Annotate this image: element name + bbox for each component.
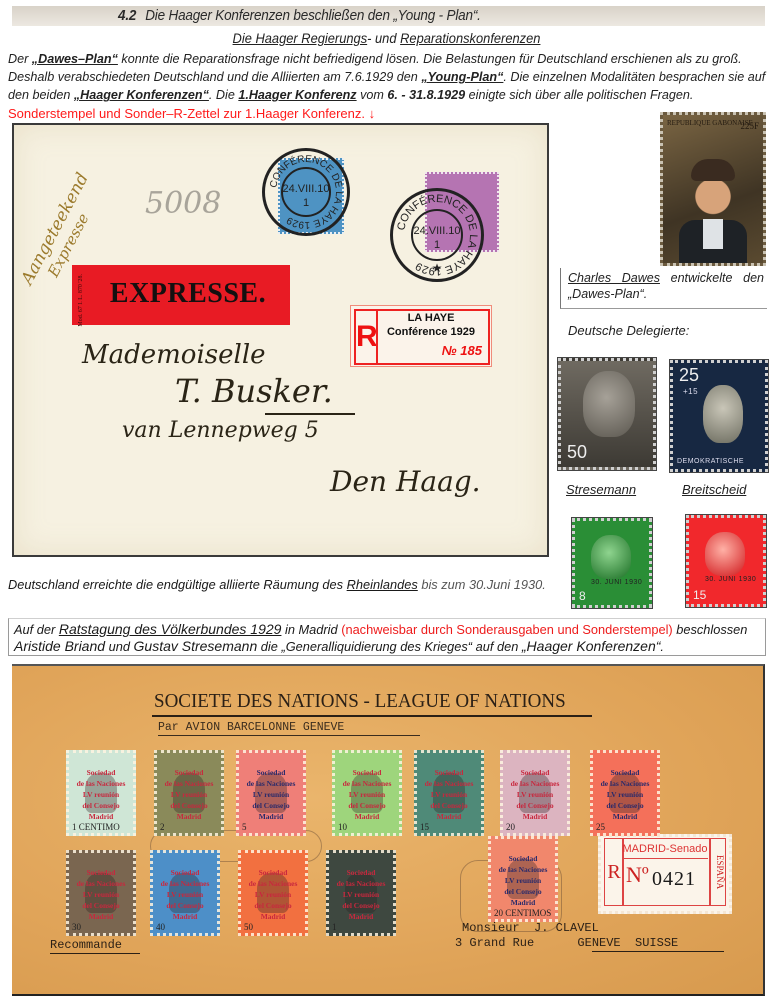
cover-route-underline [158, 735, 420, 736]
red-note: Sonderstempel und Sonder–R-Zettel zur 1.… [8, 106, 375, 121]
stamp-value: 15 [693, 588, 706, 602]
rhineland-statement: Deutschland erreichte die endgültige all… [8, 577, 546, 592]
stamp-value: 20 [506, 822, 515, 832]
delegates-heading: Deutsche Delegierte: [568, 323, 689, 338]
portrait-head [705, 532, 745, 576]
stamp-overprint: Sociedadde las NacionesLV reunióndel Con… [329, 867, 393, 922]
ratstagung-term: Ratstagung des Völkerbundes 1929 [59, 621, 282, 637]
subtitle-part2: - und [367, 30, 400, 46]
stamp-surcharge: +15 [683, 387, 698, 396]
address-underline [265, 413, 355, 415]
conference-dates: 6. - 31.8.1929 [387, 88, 465, 102]
hindenburg-overprint-stamp: 15 30. JUNI 1930 [686, 515, 766, 607]
spanish-overprint-stamp: Sociedadde las NacionesLV reunióndel Con… [500, 750, 570, 836]
stamp-value: 2 [160, 822, 165, 832]
stamp-value: 40 [156, 922, 165, 932]
registration-no-label: Nº [626, 862, 649, 888]
spanish-overprint-stamp: Sociedadde las NacionesLV reunióndel Con… [150, 850, 220, 936]
express-label-small-print: Mod. 67 I. L. 870 '28. [78, 274, 85, 327]
stamp-overprint: Sociedadde las NacionesLV reunióndel Con… [335, 767, 399, 822]
address-line: Mademoiselle [82, 340, 266, 370]
registration-conference: Conférence 1929 [376, 326, 486, 338]
stamp-value: 225F [740, 121, 759, 131]
spanish-overprint-stamp: Sociedadde las NacionesLV reunióndel Con… [236, 750, 306, 836]
dawes-stamp: REPUBLIQUE GABONAISE 225F [660, 112, 766, 266]
star-icon: ★ [393, 261, 481, 275]
postmark-date: 24.VIII.10 [265, 183, 347, 195]
stamp-value: 8 [579, 589, 586, 603]
stamp-value: 25 [679, 365, 699, 386]
address-line: van Lennepweg 5 [122, 418, 319, 443]
intro-text: . Die [209, 88, 238, 102]
stamp-overprint: Sociedadde las NacionesLV reunióndel Con… [417, 767, 481, 822]
stresemann-stamp: 50 [558, 358, 656, 470]
address-line: Den Haag. [330, 465, 481, 498]
breitscheid-caption: Breitscheid [682, 482, 746, 497]
registration-number: 0421 [652, 868, 696, 891]
spanish-overprint-stamp: Sociedadde las NacionesLV reunióndel Con… [326, 850, 396, 936]
stamp-overprint: Sociedadde las NacionesLV reunióndel Con… [241, 867, 305, 922]
spanish-overprint-stamp: Sociedadde las NacionesLV reunióndel Con… [238, 850, 308, 936]
intro-text: einigte sich über alle politischen Frage… [465, 88, 693, 102]
portrait-collar [703, 219, 723, 249]
section-title: 4.2 Die Haager Konferenzen beschließen d… [118, 7, 481, 24]
section-number: 4.2 [118, 7, 136, 24]
page-subtitle: Die Haager Regierungs- und Reparationsko… [31, 30, 742, 46]
section-title-text: Die Haager Konferenzen beschließen den „… [145, 7, 481, 24]
subtitle-part1: Die Haager Regierungs [233, 30, 368, 46]
spanish-overprint-stamp: Sociedadde las NacionesLV reunióndel Con… [66, 750, 136, 836]
cover-title: SOCIETE DES NATIONS - LEAGUE OF NATIONS [154, 690, 566, 713]
stamp-value: 50 [244, 922, 253, 932]
registration-number: № 185 [420, 343, 482, 358]
stamp-value: 1 CENTIMO [72, 822, 120, 832]
intro-text: vom [357, 88, 388, 102]
conference-postmark: CONFÉRENCE DE LA HAYE 1929 24.VIII.10 1 [262, 148, 350, 236]
note-text: in Madrid [281, 622, 341, 637]
portrait-head [591, 535, 631, 579]
briand-name: Aristide Briand [14, 638, 105, 654]
registration-city: LA HAYE [376, 312, 486, 324]
registration-city: MADRID-Senado [622, 843, 708, 859]
haager-term: „Haager Konferenzen“ [74, 88, 209, 102]
stamp-overprint: Sociedadde las NacionesLV reunióndel Con… [593, 767, 657, 822]
ebert-overprint-stamp: 8 30. JUNI 1930 [572, 518, 652, 608]
intro-text: Der [8, 52, 32, 66]
stamp-overprint: Sociedadde las NacionesLV reunióndel Con… [69, 867, 133, 922]
stamp-value: 30 [72, 922, 81, 932]
conference-postmark: CONFÉRENCE DE LA HAYE 1929 24.VIII.10 1 … [390, 188, 484, 282]
note-text: beschlossen [673, 622, 748, 637]
postmark-line: 1 [265, 197, 347, 209]
address-line: T. Busker. [175, 372, 333, 410]
portrait-head [583, 371, 635, 437]
recommande-text: Recommande [50, 938, 122, 952]
stamp-value: 5 [242, 822, 247, 832]
recipient-address: 3 Grand Rue GENEVE SUISSE [455, 936, 678, 950]
haager-term: „Haager Konferenzen“ [522, 638, 661, 654]
spanish-overprint-stamp: Sociedadde las NacionesLV reunióndel Con… [332, 750, 402, 836]
red-note: (nachweisbar durch Sonderausgaben und So… [341, 622, 673, 637]
address-underline [592, 951, 724, 952]
pencil-number: 5008 [145, 186, 221, 221]
postmark-line: 1 [393, 239, 481, 251]
stamp-overprint: Sociedadde las NacionesLV reunióndel Con… [157, 767, 221, 822]
stamp-overprint: 30. JUNI 1930 [591, 579, 642, 586]
madrid-note-text: Auf der Ratstagung des Völkerbundes 1929… [14, 621, 764, 655]
recipient-address: Monsieur J. CLAVEL [462, 921, 599, 935]
stresemann-name: Gustav Stresemann [134, 638, 258, 654]
note-text: die „Generalliquidierung des Krieges“ au… [257, 639, 522, 654]
express-label-text: EXPRESSE. [88, 278, 288, 310]
stresemann-caption: Stresemann [566, 482, 636, 497]
note-text: . [660, 639, 664, 654]
stamp-overprint: Sociedadde las NacionesLV reunióndel Con… [503, 767, 567, 822]
spanish-overprint-stamp: Sociedadde las NacionesLV reunióndel Con… [154, 750, 224, 836]
cover-route: Par AVION BARCELONNE GENEVE [158, 721, 344, 734]
stamp-overprint: 30. JUNI 1930 [705, 576, 756, 583]
stamp-value: 20 CENTIMOS [494, 908, 551, 918]
registration-letter: R [354, 309, 376, 365]
registration-country: ESPAÑA [710, 838, 726, 906]
stamp-overprint: Sociedadde las NacionesLV reunióndel Con… [153, 867, 217, 922]
stamp-value: 25 [596, 822, 605, 832]
breitscheid-stamp: 25 +15 DEMOKRATISCHE [670, 360, 768, 472]
stamp-overprint: Sociedadde las NacionesLV reunióndel Con… [239, 767, 303, 822]
subtitle-part3: Reparationskonferenzen [400, 30, 540, 46]
rhineland-text: Deutschland erreichte die endgültige all… [8, 577, 347, 592]
stamp-issuer: DEMOKRATISCHE [677, 458, 744, 465]
stamp-value: 50 [567, 442, 587, 463]
rheinlandes-term: Rheinlandes [347, 577, 418, 592]
spanish-overprint-stamp: Sociedadde las NacionesLV reunióndel Con… [590, 750, 660, 836]
first-conference-term: 1.Haager Konferenz [238, 88, 356, 102]
spanish-overprint-stamp: Sociedadde las NacionesLV reunióndel Con… [488, 836, 558, 922]
stamp-value: 1 [332, 922, 337, 932]
portrait-head [703, 385, 743, 443]
spanish-overprint-stamp: Sociedadde las NacionesLV reunióndel Con… [66, 850, 136, 936]
note-text: Auf der [14, 622, 59, 637]
stamp-value: 10 [338, 822, 347, 832]
spanish-overprint-stamp: Sociedadde las NacionesLV reunióndel Con… [414, 750, 484, 836]
rhineland-text: bis zum 30.Juni 1930. [418, 577, 546, 592]
dawes-caption: Charles Dawes entwickelte den „Dawes-Pla… [568, 270, 764, 302]
registration-letter: R [604, 838, 624, 906]
recommande-underline [50, 953, 140, 954]
dawes-plan-term: „Dawes–Plan“ [32, 52, 118, 66]
portrait-hair [691, 159, 735, 181]
stamp-overprint: Sociedadde las NacionesLV reunióndel Con… [491, 853, 555, 908]
intro-paragraph: Der „Dawes–Plan“ konnte die Reparationsf… [8, 50, 768, 123]
postmark-date: 24.VIII.10 [393, 225, 481, 237]
cover-title-rule [152, 715, 592, 717]
dawes-name: Charles Dawes [568, 271, 660, 285]
young-plan-term: „Young-Plan“ [421, 70, 503, 84]
note-text: und [105, 639, 133, 654]
stamp-overprint: Sociedadde las NacionesLV reunióndel Con… [69, 767, 133, 822]
stamp-value: 15 [420, 822, 429, 832]
